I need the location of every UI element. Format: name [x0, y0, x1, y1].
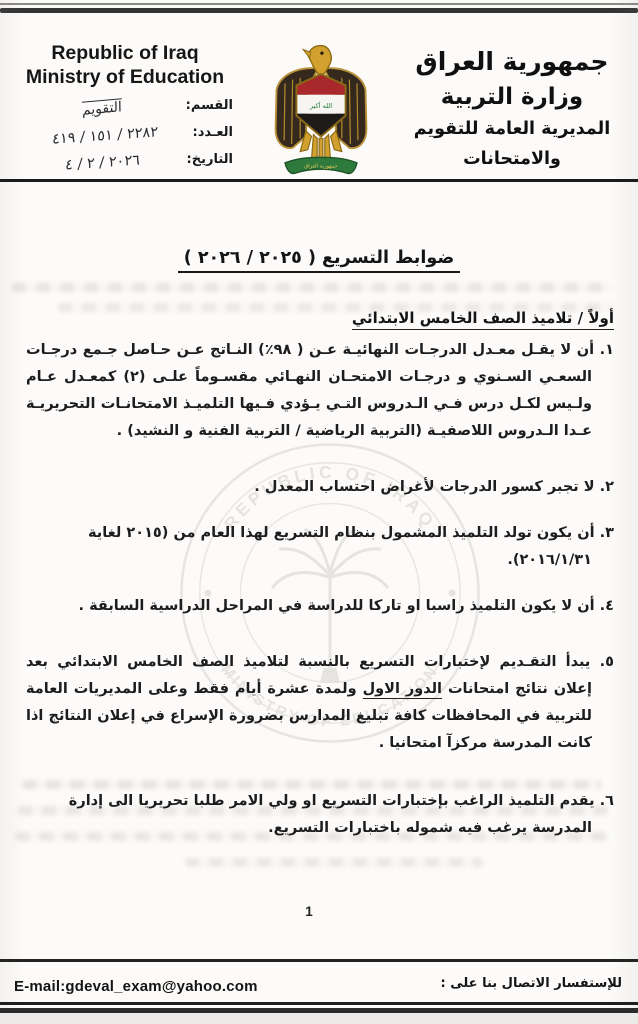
regulation-item: ٤. أن لا يكون التلميذ راسبا او تاركا للد…: [26, 593, 614, 620]
page-number: 1: [0, 904, 618, 919]
item-underlined-text: الدور الاول: [363, 681, 442, 699]
country-name-en: Republic of Iraq: [16, 42, 234, 66]
document-body: أولاً / تلاميذ الصف الخامس الابتدائي ١. …: [26, 308, 614, 842]
regulation-item: ٣. أن يكون تولد التلميذ المشمول بنظام ال…: [26, 520, 614, 574]
item-text: أن يكون تولد التلميذ المشمول بنظام التسر…: [88, 525, 595, 568]
iraq-coat-of-arms-eagle-icon: الله أكبر جمهورية العراق: [262, 38, 380, 180]
header-field-row: العـدد:٢٢٨٢ / ١٥١ / ٤١٩: [18, 125, 233, 147]
footer-email: E-mail:gdeval_exam@yahoo.com: [14, 978, 258, 995]
scan-bottom-margin: [0, 1013, 638, 1024]
item-number: ٣.: [595, 525, 614, 541]
item-number: ١.: [594, 342, 614, 358]
bleed-through-line: [12, 283, 612, 292]
header-field-row: القسم:التقويم: [18, 98, 233, 120]
field-handwritten-value: ٢٢٨٢ / ١٥١ / ٤١٩: [52, 124, 158, 147]
field-label: القسم:: [186, 98, 233, 113]
footer-double-line-1: [0, 1002, 638, 1005]
header-arabic-block: جمهورية العراق وزارة التربية المديرية ال…: [394, 44, 630, 174]
item-text: لا تجبر كسور الدرجات لأغراض احتساب المعد…: [254, 479, 594, 495]
ministry-name-en: Ministry of Education: [16, 66, 234, 90]
header-fields: القسم:التقويمالعـدد:٢٢٨٢ / ١٥١ / ٤١٩التا…: [18, 98, 233, 179]
field-handwritten-value: ٢٠٢٦ / ٢ / ٤: [65, 152, 140, 173]
document-title: ضوابط التسريع ( ٢٠٢٥ / ٢٠٢٦ ): [178, 248, 461, 273]
emblem-banner-text: جمهورية العراق: [304, 164, 338, 170]
regulation-item: ٦. يقدم التلميذ الراغب بإختبارات التسريع…: [26, 788, 614, 842]
field-handwritten-value: التقويم: [82, 99, 122, 119]
footer-contact-label: للإستفسار الاتصال بنا على :: [441, 976, 623, 991]
item-text: أن لا يقـل معـدل الدرجـات النهائيـة عـن …: [26, 342, 594, 439]
field-label: العـدد:: [193, 125, 234, 140]
header-separator-line: [0, 179, 638, 182]
takbir-text: الله أكبر: [309, 101, 332, 110]
directorate-name-ar: المديرية العامة للتقويم والامتحانات: [394, 115, 630, 175]
scanned-document-page: REPUBLIC OF IRAQ MINISTRY OF EDUCATION R…: [0, 0, 638, 1024]
regulation-item: ٥. يبدأ التقـديم لإختبارات التسريع بالنس…: [26, 649, 614, 757]
item-number: ٥.: [590, 654, 614, 670]
footer-separator-line: [0, 959, 638, 962]
scan-edge-line-thick: [0, 8, 638, 13]
ministry-name-ar: وزارة التربية: [394, 80, 630, 115]
country-name-ar: جمهورية العراق: [394, 44, 630, 80]
regulation-items: ١. أن لا يقـل معـدل الدرجـات النهائيـة ع…: [26, 337, 614, 842]
header-english-block: Republic of Iraq Ministry of Education: [16, 42, 234, 90]
field-label: التاريخ:: [187, 152, 233, 167]
item-number: ٤.: [595, 598, 614, 614]
regulation-item: ٢. لا تجبر كسور الدرجات لأغراض احتساب ال…: [26, 474, 614, 501]
regulation-item: ١. أن لا يقـل معـدل الدرجـات النهائيـة ع…: [26, 337, 614, 445]
item-number: ٢.: [595, 479, 614, 495]
item-number: ٦.: [595, 793, 614, 809]
scan-edge-line-thin: [0, 3, 638, 5]
item-text: يقدم التلميذ الراغب بإختبارات التسريع او…: [69, 793, 595, 836]
bleed-through-line: [185, 858, 483, 867]
section-heading: أولاً / تلاميذ الصف الخامس الابتدائي: [352, 309, 614, 330]
item-text: أن لا يكون التلميذ راسبا او تاركا للدراس…: [79, 598, 595, 614]
header-field-row: التاريخ:٢٠٢٦ / ٢ / ٤: [18, 152, 233, 174]
